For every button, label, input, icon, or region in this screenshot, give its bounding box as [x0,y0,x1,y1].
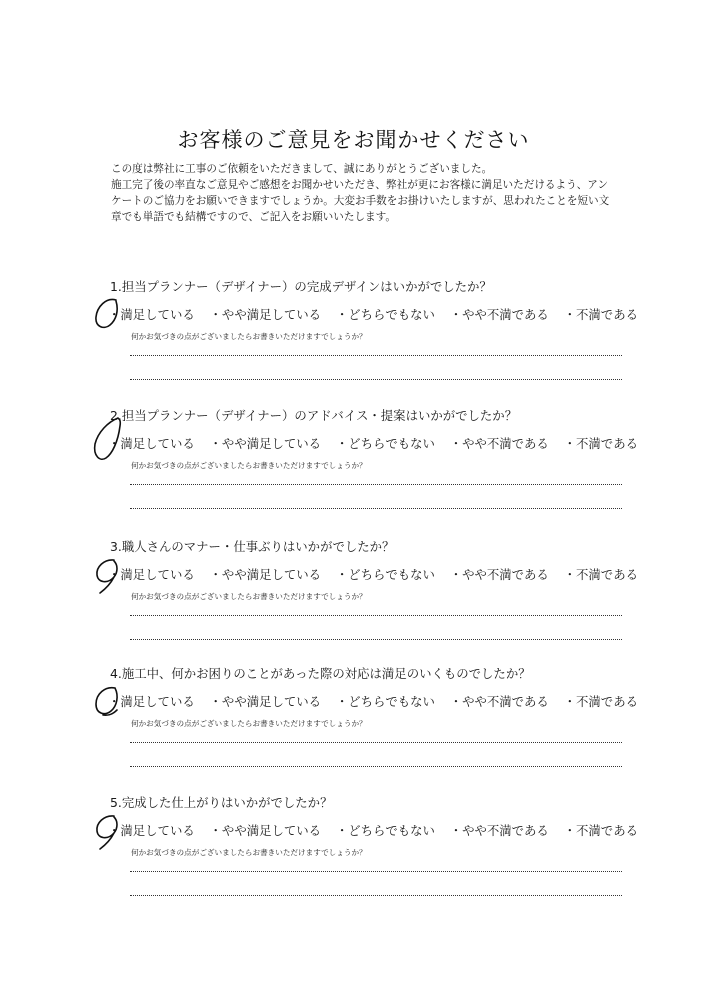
question-text: 職人さんのマナー・仕事ぶりはいかがでしたか？ [122,539,395,554]
option-somewhat-satisfied[interactable]: ・やや満足している [210,434,322,452]
comment-line[interactable] [130,355,622,356]
comment-line[interactable] [130,379,622,380]
option-satisfied[interactable]: ・満足している [108,565,195,583]
option-neutral[interactable]: ・どちらでもない [336,305,435,323]
question-number: 4. [110,666,122,681]
question-title: 3.職人さんのマナー・仕事ぶりはいかがでしたか？ [110,537,394,555]
question-4: 4.施工中、何かお困りのことがあった際の対応は満足のいくものでしたか？ ・満足し… [0,664,707,789]
answer-options: ・満足している ・やや満足している ・どちらでもない ・やや不満である ・不満で… [108,305,638,323]
question-5: 5.完成した仕上がりはいかがでしたか？ ・満足している ・やや満足している ・ど… [0,793,707,918]
option-satisfied[interactable]: ・満足している [108,305,195,323]
option-somewhat-satisfied[interactable]: ・やや満足している [210,565,322,583]
question-3: 3.職人さんのマナー・仕事ぶりはいかがでしたか？ ・満足している ・やや満足して… [0,537,707,662]
option-satisfied[interactable]: ・満足している [108,692,195,710]
answer-options: ・満足している ・やや満足している ・どちらでもない ・やや不満である ・不満で… [108,434,638,452]
intro-line: この度は弊社に工事のご依頼をいただきまして、誠にありがとうございました。 [111,161,631,177]
answer-options: ・満足している ・やや満足している ・どちらでもない ・やや不満である ・不満で… [108,565,638,583]
option-dissatisfied[interactable]: ・不満である [564,305,638,323]
option-somewhat-dissatisfied[interactable]: ・やや不満である [450,692,549,710]
option-somewhat-satisfied[interactable]: ・やや満足している [210,692,322,710]
option-somewhat-dissatisfied[interactable]: ・やや不満である [450,305,549,323]
comment-line[interactable] [130,508,622,509]
comment-prompt: 何かお気づきの点がございましたらお書きいただけますでしょうか？ [131,591,367,602]
option-somewhat-satisfied[interactable]: ・やや満足している [210,305,322,323]
option-dissatisfied[interactable]: ・不満である [564,821,638,839]
option-neutral[interactable]: ・どちらでもない [336,821,435,839]
comment-line[interactable] [130,766,622,767]
page-title: お客様のご意見をお聞かせください [0,124,707,154]
comment-line[interactable] [130,484,622,485]
question-title: 2.担当プランナー（デザイナー）のアドバイス・提案はいかがでしたか？ [110,406,517,424]
intro-line: ケートのご協力をお願いできますでしょうか。大変お手数をお掛けいたしますが、思われ… [111,193,631,209]
question-text: 施工中、何かお困りのことがあった際の対応は満足のいくものでしたか？ [122,666,531,681]
comment-prompt: 何かお気づきの点がございましたらお書きいただけますでしょうか？ [131,847,367,858]
question-number: 1. [110,279,122,294]
comment-line[interactable] [130,895,622,896]
question-title: 5.完成した仕上がりはいかがでしたか？ [110,793,332,811]
option-dissatisfied[interactable]: ・不満である [564,434,638,452]
option-neutral[interactable]: ・どちらでもない [336,434,435,452]
question-title: 1.担当プランナー（デザイナー）の完成デザインはいかがでしたか？ [110,277,492,295]
comment-line[interactable] [130,639,622,640]
option-somewhat-dissatisfied[interactable]: ・やや不満である [450,821,549,839]
option-dissatisfied[interactable]: ・不満である [564,692,638,710]
question-number: 2. [110,408,122,423]
comment-line[interactable] [130,742,622,743]
comment-line[interactable] [130,871,622,872]
comment-prompt: 何かお気づきの点がございましたらお書きいただけますでしょうか？ [131,460,367,471]
question-text: 完成した仕上がりはいかがでしたか？ [122,795,333,810]
question-text: 担当プランナー（デザイナー）の完成デザインはいかがでしたか？ [122,279,492,294]
option-satisfied[interactable]: ・満足している [108,434,195,452]
comment-prompt: 何かお気づきの点がございましたらお書きいただけますでしょうか？ [131,331,367,342]
intro-line: 章でも単語でも結構ですので、ご記入をお願いいたします。 [111,209,631,225]
option-neutral[interactable]: ・どちらでもない [336,565,435,583]
option-neutral[interactable]: ・どちらでもない [336,692,435,710]
option-somewhat-dissatisfied[interactable]: ・やや不満である [450,434,549,452]
option-somewhat-dissatisfied[interactable]: ・やや不満である [450,565,549,583]
option-dissatisfied[interactable]: ・不満である [564,565,638,583]
question-number: 3. [110,539,122,554]
intro-text: この度は弊社に工事のご依頼をいただきまして、誠にありがとうございました。 施工完… [111,161,631,225]
option-somewhat-satisfied[interactable]: ・やや満足している [210,821,322,839]
question-text: 担当プランナー（デザイナー）のアドバイス・提案はいかがでしたか？ [122,408,517,423]
question-2: 2.担当プランナー（デザイナー）のアドバイス・提案はいかがでしたか？ ・満足して… [0,406,707,531]
comment-line[interactable] [130,615,622,616]
comment-prompt: 何かお気づきの点がございましたらお書きいただけますでしょうか？ [131,718,367,729]
answer-options: ・満足している ・やや満足している ・どちらでもない ・やや不満である ・不満で… [108,821,638,839]
intro-line: 施工完了後の率直なご意見やご感想をお聞かせいただき、弊社が更にお客様に満足いただ… [111,177,631,193]
question-1: 1.担当プランナー（デザイナー）の完成デザインはいかがでしたか？ ・満足している… [0,277,707,402]
answer-options: ・満足している ・やや満足している ・どちらでもない ・やや不満である ・不満で… [108,692,638,710]
question-number: 5. [110,795,122,810]
option-satisfied[interactable]: ・満足している [108,821,195,839]
question-title: 4.施工中、何かお困りのことがあった際の対応は満足のいくものでしたか？ [110,664,531,682]
